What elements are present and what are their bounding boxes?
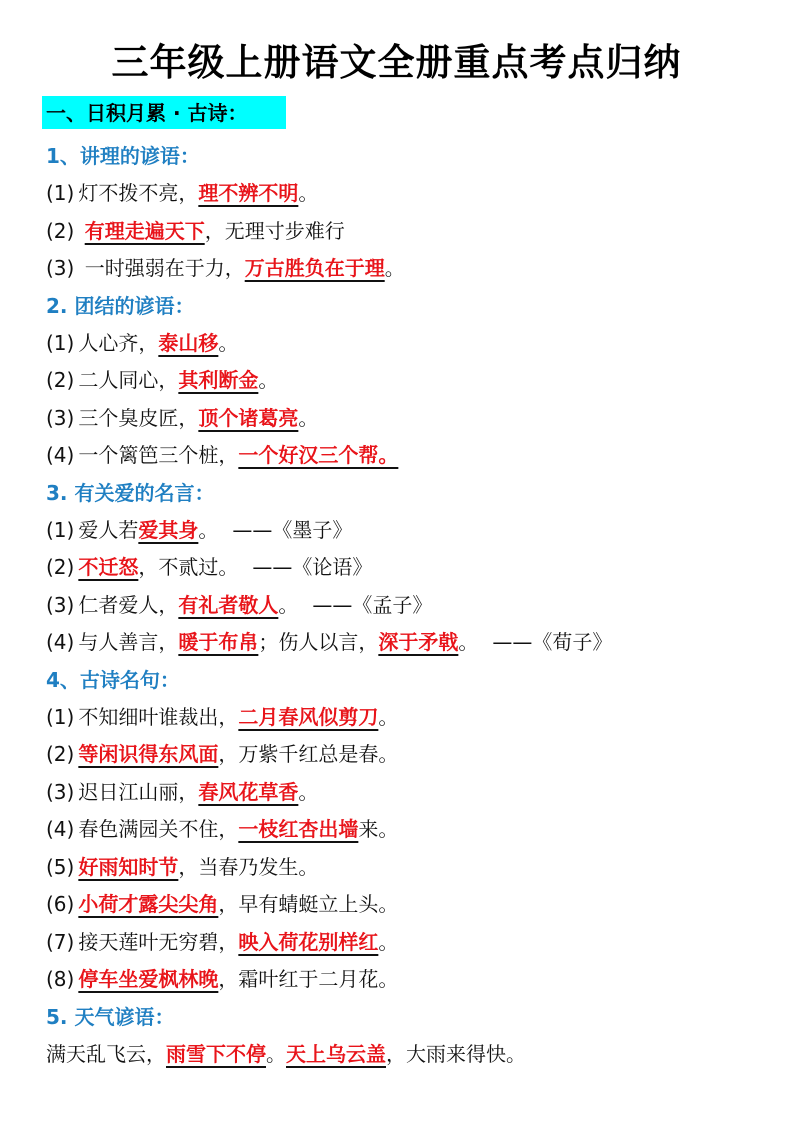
item-text: 三个臭皮匠， xyxy=(78,406,198,430)
answer-text: 映入荷花别样红 xyxy=(238,930,378,954)
item-text: ，当春乃发生。 xyxy=(178,855,318,879)
item-number: (5) xyxy=(46,849,74,887)
answer-text: 泰山移 xyxy=(158,331,218,355)
quote-source: ——《荀子》 xyxy=(492,630,612,654)
list-item: (2) 有理走遍天下，无理寸步难行 xyxy=(46,213,786,251)
item-number: (4) xyxy=(46,437,74,475)
item-number: (3) xyxy=(46,400,74,438)
list-item: (1)灯不拨不亮，理不辨不明。 xyxy=(46,175,786,213)
quote-source: ——《孟子》 xyxy=(312,593,432,617)
list-item: (5)好雨知时节，当春乃发生。 xyxy=(46,849,786,887)
answer-text: 万古胜负在于理 xyxy=(245,256,385,280)
answer-text: 一个好汉三个帮。 xyxy=(238,443,398,467)
item-text: ，大雨来得快。 xyxy=(386,1042,526,1066)
section-heading-weather-proverbs: 5. 天气谚语： xyxy=(46,999,786,1036)
item-text: 一时强弱在于力， xyxy=(85,256,245,280)
item-text: ，无理寸步难行 xyxy=(205,219,345,243)
list-item: (3) 一时强弱在于力，万古胜负在于理。 xyxy=(46,250,786,288)
item-text: 接天莲叶无穷碧， xyxy=(78,930,238,954)
answer-text: 其利断金 xyxy=(178,368,258,392)
list-item: (1)爱人若爱其身。——《墨子》 xyxy=(46,512,786,550)
item-number: (8) xyxy=(46,961,74,999)
quote-source: ——《墨子》 xyxy=(232,518,352,542)
answer-text: 有礼者敬人 xyxy=(178,593,278,617)
item-text: 。 xyxy=(198,518,218,542)
item-number: (6) xyxy=(46,886,74,924)
item-number: (7) xyxy=(46,924,74,962)
item-text: 仁者爱人， xyxy=(78,593,178,617)
section-heading-reasoning-proverbs: 1、讲理的谚语： xyxy=(46,138,786,175)
item-text: 爱人若 xyxy=(78,518,138,542)
answer-text: 春风花草香 xyxy=(198,780,298,804)
item-text: ；伤人以言， xyxy=(258,630,378,654)
answer-text: 不迁怒 xyxy=(78,555,138,579)
item-number: (1) xyxy=(46,512,74,550)
answer-text: 理不辨不明 xyxy=(198,181,298,205)
item-text: ，霜叶红于二月花。 xyxy=(218,967,398,991)
section-heading-love-quotes: 3. 有关爱的名言： xyxy=(46,475,786,512)
answer-text: 天上乌云盖 xyxy=(286,1042,386,1066)
item-text: 人心齐， xyxy=(78,331,158,355)
list-item: (2)等闲识得东风面，万紫千红总是春。 xyxy=(46,736,786,774)
item-text: 春色满园关不住， xyxy=(78,817,238,841)
answer-text: 二月春风似剪刀 xyxy=(238,705,378,729)
item-number: (4) xyxy=(46,811,74,849)
list-item: (8)停车坐爱枫林晚，霜叶红于二月花。 xyxy=(46,961,786,999)
item-text: 。 xyxy=(298,780,318,804)
list-item: (2)不迁怒，不贰过。——《论语》 xyxy=(46,549,786,587)
item-text: 二人同心， xyxy=(78,368,178,392)
item-text: ，万紫千红总是春。 xyxy=(218,742,398,766)
item-text: 。 xyxy=(218,331,238,355)
item-text: 。 xyxy=(278,593,298,617)
list-item: (4)一个篱笆三个桩，一个好汉三个帮。 xyxy=(46,437,786,475)
item-text: 满天乱飞云， xyxy=(46,1042,166,1066)
answer-text: 停车坐爱枫林晚 xyxy=(78,967,218,991)
item-text: 。 xyxy=(266,1042,286,1066)
answer-text: 雨雪下不停 xyxy=(166,1042,266,1066)
item-number: (3) xyxy=(46,250,74,288)
item-text: ，早有蜻蜓立上头。 xyxy=(218,892,398,916)
item-text: 。 xyxy=(298,406,318,430)
item-number: (1) xyxy=(46,699,74,737)
list-item: (2)二人同心，其利断金。 xyxy=(46,362,786,400)
answer-text: 小荷才露尖尖角 xyxy=(78,892,218,916)
banner-label: 一、日积月累 · 古诗： xyxy=(46,100,248,126)
answer-text: 一枝红杏出墙 xyxy=(238,817,358,841)
answer-text: 好雨知时节 xyxy=(78,855,178,879)
item-number: (2) xyxy=(46,736,74,774)
item-text: 。 xyxy=(458,630,478,654)
answer-text: 深于矛戟 xyxy=(378,630,458,654)
list-item: (3)迟日江山丽，春风花草香。 xyxy=(46,774,786,812)
list-item: (1)不知细叶谁裁出，二月春风似剪刀。 xyxy=(46,699,786,737)
list-item: (7)接天莲叶无穷碧，映入荷花别样红。 xyxy=(46,924,786,962)
item-number: (3) xyxy=(46,774,74,812)
section-heading-classic-poems: 4、古诗名句： xyxy=(46,662,786,699)
item-number: (1) xyxy=(46,175,74,213)
item-text: 。 xyxy=(378,930,398,954)
item-text: ，不贰过。 xyxy=(138,555,238,579)
list-item: (3)三个臭皮匠，顶个诸葛亮。 xyxy=(46,400,786,438)
item-text: 来。 xyxy=(358,817,398,841)
list-item: (1)人心齐，泰山移。 xyxy=(46,325,786,363)
item-number: (4) xyxy=(46,624,74,662)
answer-text: 爱其身 xyxy=(138,518,198,542)
list-item: (4)与人善言，暖于布帛；伤人以言，深于矛戟。——《荀子》 xyxy=(46,624,786,662)
item-number: (2) xyxy=(46,213,74,251)
answer-text: 等闲识得东风面 xyxy=(78,742,218,766)
item-number: (3) xyxy=(46,587,74,625)
item-text: 一个篱笆三个桩， xyxy=(78,443,238,467)
list-item: (3)仁者爱人，有礼者敬人。——《孟子》 xyxy=(46,587,786,625)
answer-text: 有理走遍天下 xyxy=(85,219,205,243)
item-text: 。 xyxy=(385,256,405,280)
answer-text: 顶个诸葛亮 xyxy=(198,406,298,430)
item-text: 。 xyxy=(298,181,318,205)
section-banner: 一、日积月累 · 古诗： xyxy=(42,96,286,129)
document-body: 1、讲理的谚语： (1)灯不拨不亮，理不辨不明。 (2) 有理走遍天下，无理寸步… xyxy=(46,138,786,1073)
list-item: (4)春色满园关不住，一枝红杏出墙来。 xyxy=(46,811,786,849)
item-number: (2) xyxy=(46,549,74,587)
list-item: (6)小荷才露尖尖角，早有蜻蜓立上头。 xyxy=(46,886,786,924)
answer-text: 暖于布帛 xyxy=(178,630,258,654)
page-title: 三年级上册语文全册重点考点归纳 xyxy=(0,38,793,88)
item-text: 。 xyxy=(378,705,398,729)
section-heading-unity-proverbs: 2. 团结的谚语： xyxy=(46,288,786,325)
item-text: 不知细叶谁裁出， xyxy=(78,705,238,729)
item-text: 与人善言， xyxy=(78,630,178,654)
item-text: 。 xyxy=(258,368,278,392)
item-number: (1) xyxy=(46,325,74,363)
list-item: 满天乱飞云，雨雪下不停。天上乌云盖，大雨来得快。 xyxy=(46,1036,786,1074)
item-text: 迟日江山丽， xyxy=(78,780,198,804)
item-number: (2) xyxy=(46,362,74,400)
quote-source: ——《论语》 xyxy=(252,555,372,579)
item-text: 灯不拨不亮， xyxy=(78,181,198,205)
